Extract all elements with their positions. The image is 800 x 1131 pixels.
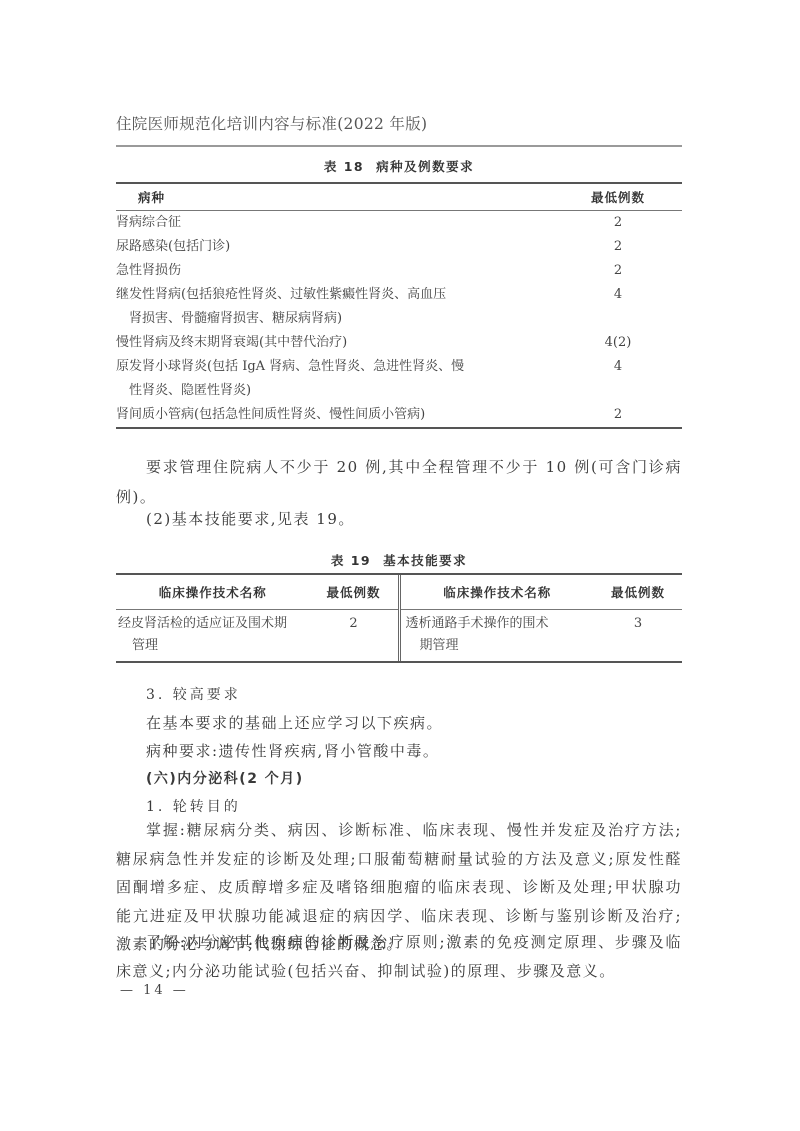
section3-line2: 病种要求:遗传性肾疾病,肾小管酸中毒。 [116,736,682,766]
table18-caption-title: 病种及例数要求 [376,159,474,174]
disease-name: 急性肾损伤 [116,259,558,283]
table19-grid: 临床操作技术名称 最低例数 经皮肾活检的适应证及围术期管理 2 临床操作技术名称… [116,575,682,661]
table19-caption: 表 19基本技能要求 [116,551,682,569]
table19: 临床操作技术名称 最低例数 经皮肾活检的适应证及围术期管理 2 临床操作技术名称… [116,573,682,663]
table18-caption: 表 18病种及例数要求 [116,157,682,175]
section6-heading: (六)内分泌科(2 个月) [116,764,682,794]
min-cases: 4 [558,283,682,331]
header-procedure-name: 临床操作技术名称 [401,583,595,601]
header-rule [116,145,682,147]
table19-caption-number: 表 19 [331,553,371,568]
table19-header-right: 临床操作技术名称 最低例数 [401,575,683,609]
header-min-cases: 最低例数 [594,583,682,601]
table18-header-row: 病种 最低例数 [116,184,682,210]
table-row: 肾间质小管病(包括急性间质性肾炎、慢性间质小管病) 2 [116,403,682,427]
table19-bottom-rule [116,661,682,663]
table18-header-disease: 病种 [116,188,558,206]
header-min-cases: 最低例数 [310,583,398,601]
section6-understand-paragraph: 了解:内分泌其他疾病的诊断及治疗原则;激素的免疫测定原理、步骤及临床意义;内分泌… [116,928,682,985]
procedure-name: 经皮肾活检的适应证及围术期管理 [116,613,310,657]
disease-name: 原发肾小球肾炎(包括 IgA 肾病、急性肾炎、急进性肾炎、慢性肾炎、隐匿性肾炎) [116,355,558,403]
header-procedure-name: 临床操作技术名称 [116,583,310,601]
table19-right-half: 临床操作技术名称 最低例数 透析通路手术操作的围术期管理 3 [401,575,683,661]
table-row: 尿路感染(包括门诊) 2 [116,235,682,259]
min-cases: 4 [558,355,682,403]
table-row: 慢性肾病及终末期肾衰竭(其中替代治疗) 4(2) [116,331,682,355]
table19-header-left: 临床操作技术名称 最低例数 [116,575,398,609]
table-row: 经皮肾活检的适应证及围术期管理 2 [116,610,398,661]
table-row: 急性肾损伤 2 [116,259,682,283]
disease-name: 肾病综合征 [116,211,558,235]
table18-bottom-rule [116,427,682,429]
min-cases: 2 [310,613,398,657]
section3-heading: 3. 较高要求 [116,680,682,710]
section3-line1: 在基本要求的基础上还应学习以下疾病。 [116,708,682,738]
disease-name: 慢性肾病及终末期肾衰竭(其中替代治疗) [116,331,558,355]
disease-name: 肾间质小管病(包括急性间质性肾炎、慢性间质小管病) [116,403,558,427]
table19-left-half: 临床操作技术名称 最低例数 经皮肾活检的适应证及围术期管理 2 [116,575,398,661]
min-cases: 3 [594,613,682,657]
table-row: 透析通路手术操作的围术期管理 3 [401,610,683,661]
table-row: 肾病综合征 2 [116,211,682,235]
table18-caption-number: 表 18 [324,159,364,174]
page-number: — 14 — [120,983,189,998]
table18-header-min-cases: 最低例数 [558,188,682,206]
min-cases: 2 [558,259,682,283]
table-row: 原发肾小球肾炎(包括 IgA 肾病、急性肾炎、急进性肾炎、慢性肾炎、隐匿性肾炎)… [116,355,682,403]
min-cases: 2 [558,235,682,259]
disease-name: 继发性肾病(包括狼疮性肾炎、过敏性紫癜性肾炎、高血压肾损害、骨髓瘤肾损害、糖尿病… [116,283,558,331]
table19-caption-title: 基本技能要求 [383,553,467,568]
min-cases: 2 [558,211,682,235]
document-page: 住院医师规范化培训内容与标准(2022 年版) 表 18病种及例数要求 病种 最… [0,0,800,1131]
min-cases: 2 [558,403,682,427]
disease-name: 尿路感染(包括门诊) [116,235,558,259]
table-row: 继发性肾病(包括狼疮性肾炎、过敏性紫癜性肾炎、高血压肾损害、骨髓瘤肾损害、糖尿病… [116,283,682,331]
running-header: 住院医师规范化培训内容与标准(2022 年版) [116,112,427,134]
paragraph-manage-requirement: 要求管理住院病人不少于 20 例,其中全程管理不少于 10 例(可含门诊病例)。 [116,452,682,512]
min-cases: 4(2) [558,331,682,355]
paragraph-basic-skill: (2)基本技能要求,见表 19。 [116,504,682,534]
procedure-name: 透析通路手术操作的围术期管理 [401,613,595,657]
table18: 病种 最低例数 肾病综合征 2 尿路感染(包括门诊) 2 急性肾损伤 2 继发性… [116,182,682,429]
